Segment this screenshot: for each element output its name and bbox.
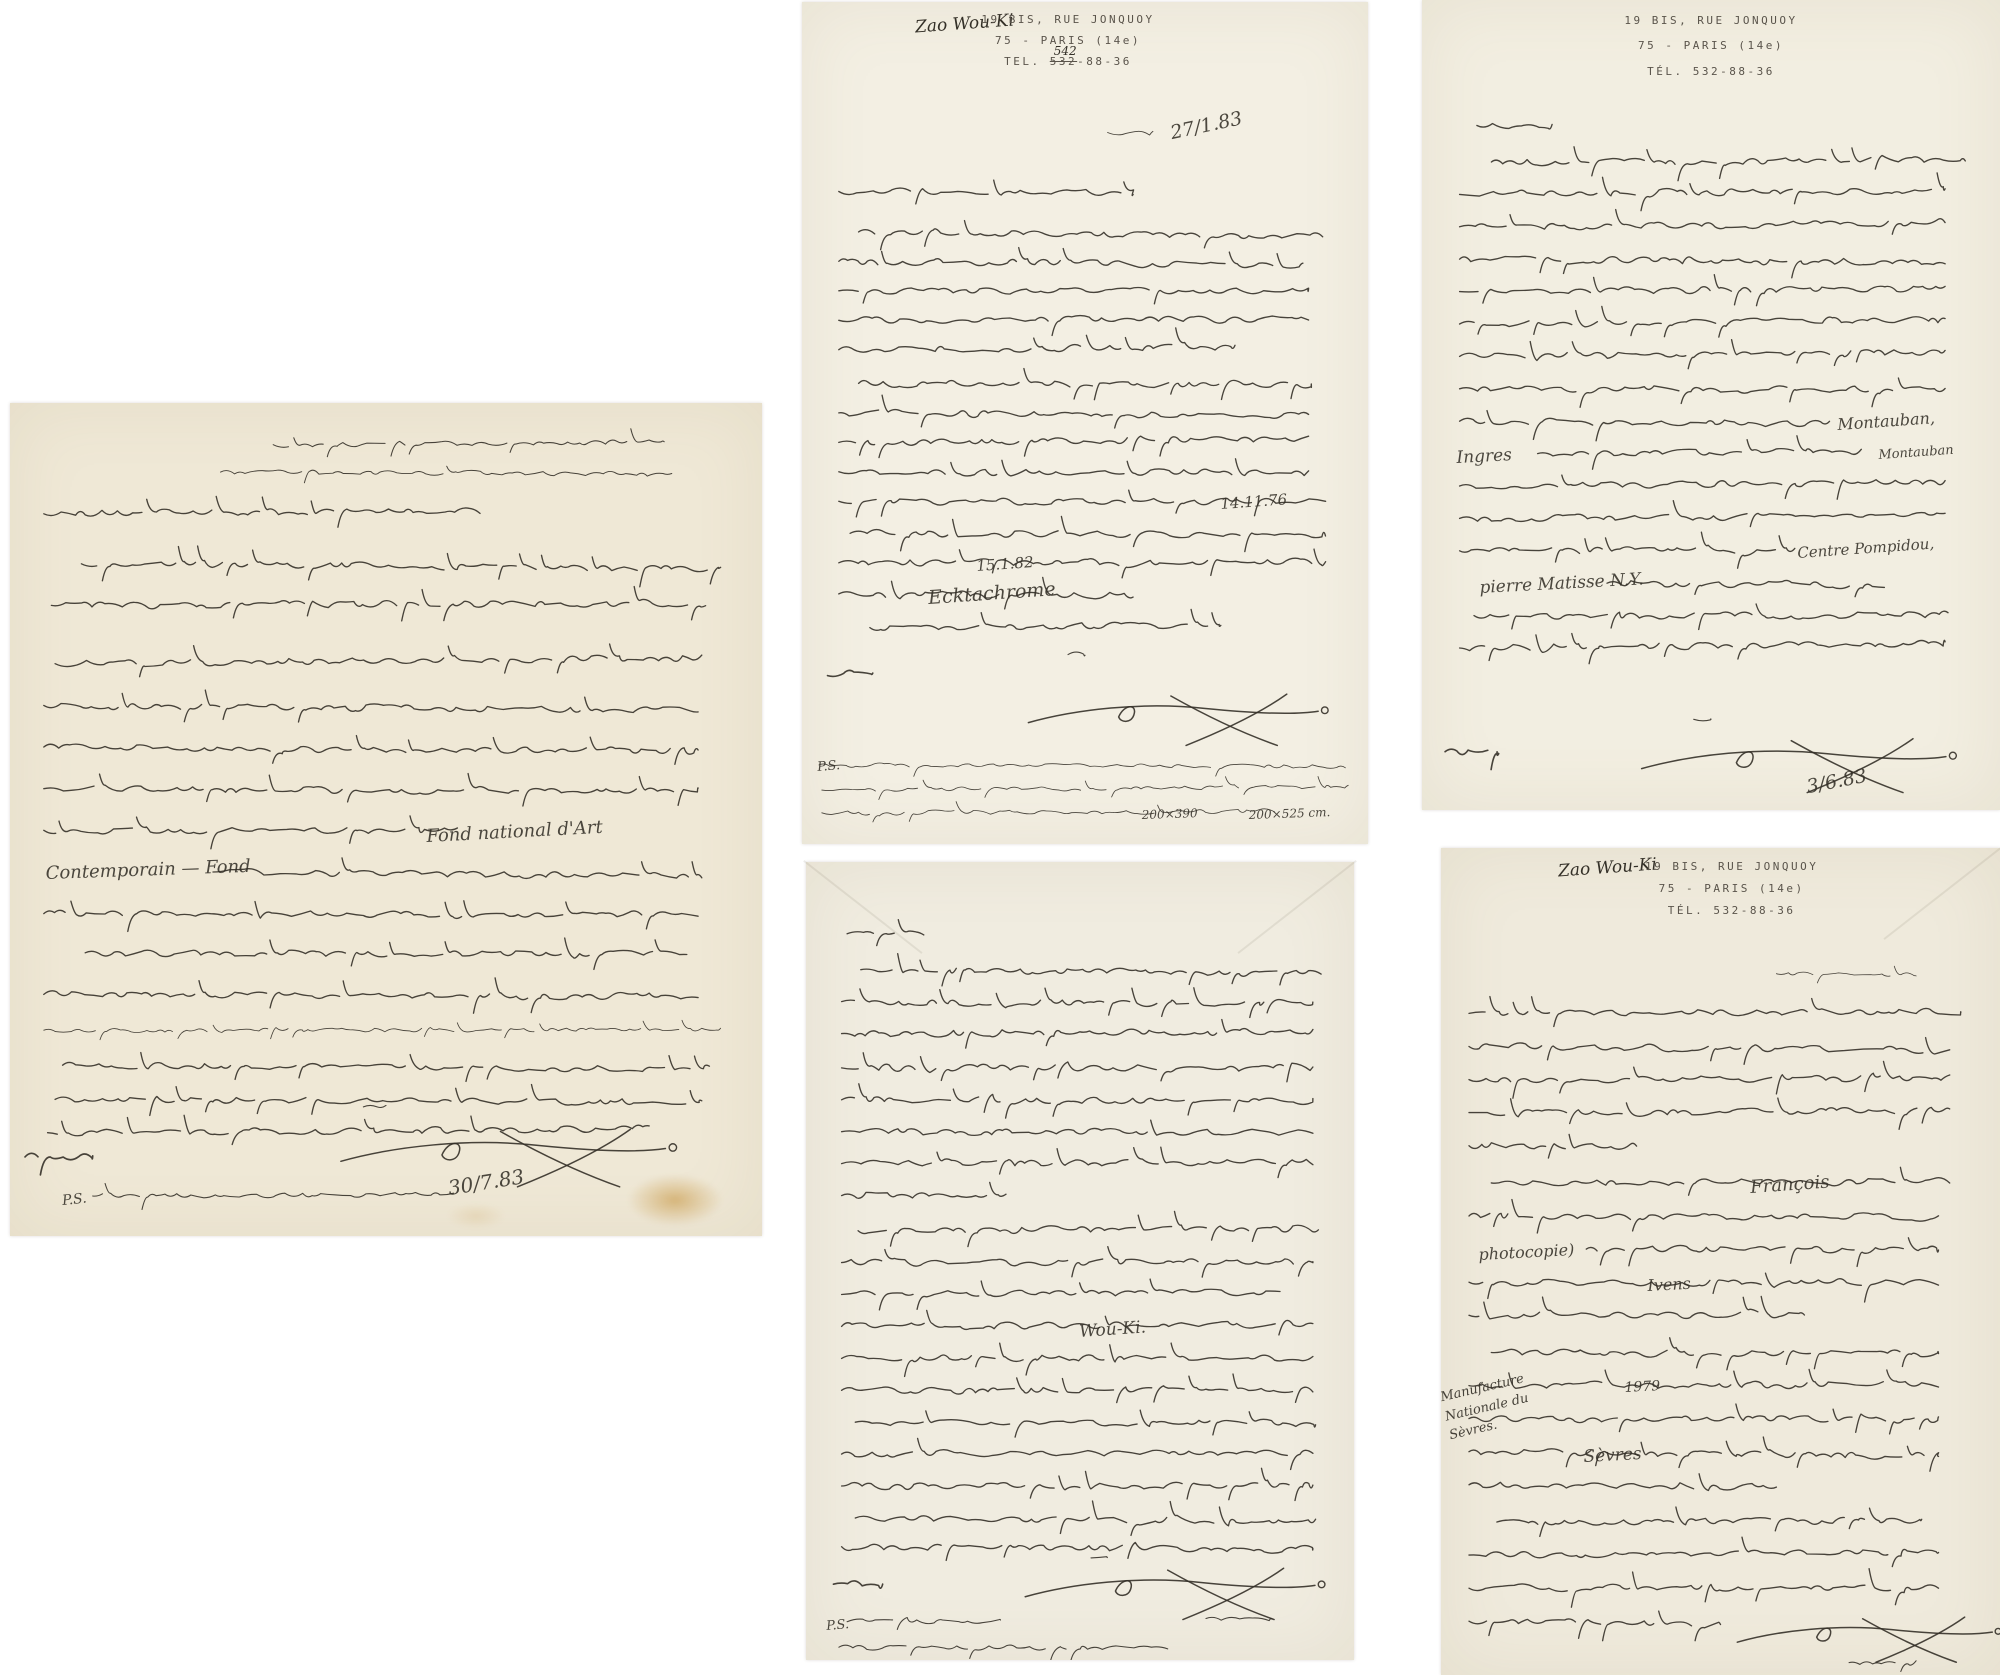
handwritten-line: 辛苦真是可佩。	[1469, 1134, 1637, 1158]
handwritten-line: P.S. 弟是英国人的萧序天问题了	[93, 1184, 454, 1210]
handwritten-line: 港和新加坡画展回到法国时 搞有四张画失	[1460, 501, 1946, 527]
handwritten-line: 国内常用的字題可以配合北京風味。	[839, 1645, 1168, 1660]
handwritten-line: 信我画的画是真誠，参考了解的，她如此为朋友	[1469, 1098, 1950, 1129]
handwritten-line: 不多写了 即颂 藝安	[1469, 1611, 1721, 1641]
handwritten-line: 无比了 我在1979年为文化部 要我为文化部设	[1469, 1369, 1939, 1388]
handwritten-line: Contemporain — Fond 专门收购的收藏画庫，由保管存放外面国	[213, 858, 702, 879]
handwritten-line: 藝祺	[833, 1581, 882, 1588]
signature-flourish	[1737, 1627, 1992, 1642]
signature-flourish	[1863, 1619, 1957, 1662]
handwritten-line: 家领事，有时借给在外国的大使館，如北京大使館和香港總	[44, 901, 698, 932]
handwritten-line: 如画展时印美術家目録时请您加印50本	[1474, 604, 1948, 630]
signature-flourish	[500, 1132, 619, 1187]
handwritten-line: 观光 可以增进中法画家之间的了解和友谊	[1469, 1200, 1939, 1234]
signature-flourish	[1115, 1581, 1131, 1596]
handwriting-layer: 蒙田兄，七月廿两封信四日收到。谢谢你的関心，画展 借打了九月间开幕確定日期，上海…	[806, 862, 1354, 1660]
handwritten-line: 在画展时的報委页来登 也可以代表目録用。郁風有	[1460, 210, 1946, 235]
handwritten-line: 藝祺	[25, 1153, 93, 1175]
letter-page-middle-top: Zao Wou-Ki 19 BIS, RUE JONQUOY 75 - PARI…	[802, 2, 1368, 844]
handwritten-line: （全我多少费用请告知 奉还不快，不多写了 即候	[1460, 634, 1946, 664]
signature-flourish	[1028, 706, 1318, 723]
signature: 無極 (Zao Wou-Ki) signature	[1025, 1568, 1325, 1619]
signature: 無極 (Zao Wou-Ki) signature	[341, 1129, 677, 1186]
handwritten-line: 展览时作为目錄用，不知的售价须要多少人民幣	[839, 436, 1309, 457]
handwritten-line: 七月廿两封信四日收到。谢谢你的関心，画展 借打了	[861, 954, 1321, 986]
handwritten-line: 至于美术丛刊中有32期郁風写来文章，请将	[859, 369, 1312, 400]
signature-flourish	[1168, 1570, 1274, 1619]
handwritten-line: 里白版是画可以抽去加印另外一张画（每回4田13天	[850, 516, 1325, 551]
handwritten-line: 再谢。（她帮这样这次都因你蒙中去迟，这画共美术双莫事，我笑老杭中国主教坊）	[44, 1020, 721, 1039]
signature-terminal-loop	[669, 1144, 676, 1151]
handwritten-line: 及利国下面再加印美术家协会，我常想凡以要求任何人	[842, 1247, 1313, 1277]
signature-flourish	[518, 1129, 631, 1186]
letter-page-left: 最好东京来的画也年代排（前）入目錄中如10.20 可變成 10.10 後面加上东…	[10, 403, 762, 1236]
handwritten-line: 第十一页上，「这瓷器饭店设计多么」开	[1491, 1338, 1938, 1370]
handwritten-line: 对于遊览这条事4月2日北京再说，因伊文思、鬍子们都在黄山	[63, 1053, 710, 1082]
paper-stain	[627, 1174, 723, 1226]
handwritten-line: 藝祺	[1445, 749, 1499, 769]
handwritten-line: 收到文化部的信邀请 François 同我回国	[1491, 1167, 1949, 1195]
handwritten-line: 美術家32期收到，香艳達23页之多 加上郁風文章，	[1491, 147, 1965, 181]
handwritten-line: 我这次画展 给您老兄许多麻烦 真是抱歉，见面	[44, 978, 698, 1013]
handwritten-line: 蒙田兄，七月廿五来信三十号收到，也真快。	[44, 496, 480, 527]
signature-flourish	[1736, 752, 1753, 767]
signature-terminal-loop	[1949, 752, 1956, 759]
handwritten-line: 蒙田兄，	[847, 920, 924, 946]
handwritten-line: 一本，因国内的购买能力差，不能卖得贵。大概印	[839, 459, 1309, 476]
handwriting-layer: 最好东京来的画也年代排（前）入目錄中如10.20 可變成 10.10 後面加上东…	[10, 403, 762, 1236]
handwritten-line: 在北京画展，还述郁風和苗子以热心支持已正	[859, 221, 1323, 250]
handwritten-line: 七月廿中午信决定大16开共16面。开度，我想信是好了	[855, 1501, 1315, 1535]
letter-page-right-bottom: Zao Wou-Ki 19 BIS, RUE JONQUOY 75 - PARI…	[1441, 848, 2000, 1675]
handwritten-line: 这样画，可能引起国内年青画家的斗争。	[839, 328, 1235, 352]
handwritten-line: 踪，现正由警局调查中（其中有一张属 Centre Pompidou，	[1460, 532, 1795, 568]
handwritten-line: 弟	[1694, 719, 1711, 721]
handwritten-line: 我的看法很低这份工作，苗子和郁風的热心我觉	[842, 1147, 1313, 1177]
handwritten-line: 蒙田兄.	[1477, 124, 1552, 129]
handwritten-line: 郁風有意她是印永，谢谢她的意见。不多写了 即候	[842, 1543, 1313, 1561]
handwritten-line: 七月廿。	[1206, 1617, 1272, 1620]
signature-flourish	[442, 1143, 460, 1159]
handwritten-line: 等收藏，因画廊有些为惜但因印刷等了收藏发印永留画	[44, 690, 698, 722]
handwritten-line: 因为展品目錄，已有法国画廊及东京刊登事，使用不用	[55, 644, 702, 677]
handwritten-line: （1.5—1小时）同时开工 在郁風稿上	[1469, 1296, 1804, 1319]
signature-terminal-loop	[1318, 1581, 1325, 1588]
handwritten-line: 专用 一套送（给我私人用）	[1469, 1474, 1776, 1491]
handwritten-line: 至于立画作，中国美术家协会但必须申报起 这价等道	[855, 1410, 1315, 1437]
handwritten-line: 有重覆，15页日 15.1.82 将在国内展出，顏色不準	[839, 549, 1326, 578]
handwriting-layer: Paris蒙田兄．久未通信，念々。在北京画展，还述郁風和苗子以热心支持已正式去信…	[802, 2, 1368, 844]
signature: 無極 (Zao Wou-Ki) signature	[1028, 694, 1328, 745]
handwritten-line: 因为你提起的封面的设计很好（第二面用起画展	[858, 1211, 1318, 1246]
handwritten-line: 弟	[1068, 652, 1085, 656]
handwritten-line: Paris	[1108, 131, 1153, 135]
handwritten-line: 简要中有这画可印成单行本在北京等地参加	[839, 395, 1309, 428]
handwritten-line: 不能多写。你这条时旅能选一页。不多写了 即候	[48, 1115, 650, 1144]
signature-flourish	[1119, 707, 1135, 722]
handwritten-line: 得有我的打退堂鼓。	[842, 1182, 1006, 1198]
handwritten-line: 弟	[363, 1105, 386, 1107]
handwritten-line: 6月22日	[1849, 1661, 1916, 1672]
handwritten-line: 信来 美協有意参加画展 分此 希望我九月为文化	[1460, 256, 1946, 278]
handwritten-line: 美術丛刊加印郁風文章及插图为画展用，	[1469, 1537, 1939, 1566]
signature-flourish	[1642, 751, 1946, 769]
letter-page-right-top: 19 BIS, RUE JONQUOY 75 - PARIS (14e) TÉL…	[1422, 0, 2000, 810]
handwritten-line: 至于法国国家现代艺术收藏部 原文是 Fond national d'Art	[44, 816, 458, 849]
handwritten-line: 不多写了 请覆信，并问候 即颂	[870, 609, 1221, 630]
paper-stain-small	[446, 1203, 506, 1229]
handwriting-layer: 无极如何？蒙田兄．以後请别再稱我先生，谢之。聽来郁風稿子甚精到真是花了她好多心血…	[1441, 848, 2000, 1675]
handwritten-line: 是由法国中国大使館2幅借还的）我也很明白，像我	[839, 316, 1309, 336]
signature-terminal-loop	[1995, 1628, 2000, 1634]
signature-flourish	[1807, 739, 1913, 793]
handwritten-line: 1983有二张，中挺2张三拼画，一张二拼画达 200×390 和 200×525…	[822, 802, 1275, 822]
handwritten-line: 无极如何？	[1776, 966, 1916, 983]
signature: 無極 (Zao Wou-Ki) signature	[1737, 1617, 2000, 1662]
handwritten-line: 同画様一次。我的姓名是 Wou-Ki.（画展展品已在上）	[842, 1310, 1313, 1335]
handwritten-line: 有9张为1935-36，一张1946，一张50、51小画，最後1954到80印有…	[822, 777, 1348, 800]
handwritten-line: 才抵北京，所以请他们改成16号一（国），不然恐怕已不清	[51, 587, 705, 621]
handwritten-line: 多少本？如信息上需要我，请告知为盼。14.11.76 13天	[839, 490, 1326, 517]
signature-flourish	[341, 1143, 666, 1162]
handwritten-line: 计一套餐具（四种色拼的樣式）用在中国的国宴	[1469, 1404, 1939, 1434]
handwritten-line: 在九月间主办（难道有上海、廣东展）我所有的画都已	[1460, 378, 1946, 407]
handwritten-line: 一张属 pierre Matisse N.Y. 画廊正是（愁）麻煩）	[1607, 580, 1884, 596]
signature-terminal-loop	[1321, 707, 1328, 714]
handwritten-line: 館人说，这次画展他们不想宣傳，大概僅展十日	[842, 1053, 1313, 1082]
handwritten-line: 郁風稿子甚精到真是花了她好多心血，文章	[1469, 1038, 1950, 1065]
signature-flourish	[1183, 1568, 1284, 1619]
handwritten-line: 弟	[1091, 1557, 1107, 1558]
handwritten-line: 借设筹展览十日，上海、廣东还无计劃，（据田说	[839, 287, 1309, 303]
signature-flourish	[1186, 694, 1287, 745]
handwritten-line: P.S. 画展共27张油画，十张水墨画，（八张从东京富士电视画廊借来）其中	[819, 763, 1345, 776]
handwritten-line: 是六月4日起到十月底止，不能两边用）我昨，香	[1460, 475, 1946, 499]
signature-flourish	[1791, 741, 1903, 793]
handwritten-line: 共27件油画14张由巴黎寄去，另八张由东京富士电视画廊	[842, 1343, 1313, 1376]
handwritten-line: 是否需要 Ecktachrome 参改改正？）	[839, 577, 1133, 609]
handwritten-line: 又親切又清楚，苦心的的人民说教，要人来相	[1469, 1061, 1950, 1098]
handwritten-line: 画展原订九月十五日起開展，我因七月十四起民航十五日	[81, 546, 720, 587]
signature-flourish	[1817, 1628, 1831, 1641]
handwritten-line: Ingres 博物館的画展（他们借的）笛价格因 Montauban	[1538, 436, 1862, 469]
handwritten-line: 領事館（我是喂……利好城市博物館）我的作品也曾借过这机因借去。	[85, 938, 687, 969]
handwritten-line: 式去信修谢，据人说，因的对此画展不想赞赏	[839, 248, 1303, 269]
handwritten-line: 拍片，他在北京等我，见了面再来去，目前我时间又少	[55, 1085, 702, 1116]
handwritten-line: 审查，他如能告诉我，此召可要请郁風再	[842, 1279, 1280, 1310]
letter-page-middle-bottom: 蒙田兄，七月廿两封信四日收到。谢谢你的関心，画展 借打了九月间开幕確定日期，上海…	[806, 862, 1354, 1660]
handwritten-line: 法国是 Sèvres 瓷器厂 共制造三套 一套由文化部	[1469, 1437, 1939, 1471]
handwritten-line: 是由中宣部艺术处、北京市美术部审核，文化部对外交流及	[842, 1438, 1313, 1469]
handwritten-line: 都等如下：法国画廊，巴黎，和富士电视画廊，東京	[44, 774, 698, 806]
handwritten-line: 如果九月画展开到成功，我希望老兄的	[1497, 1507, 1922, 1536]
scan-canvas: 最好东京来的画也年代排（前）入目錄中如10.20 可變成 10.10 後面加上东…	[0, 0, 2000, 1675]
handwriting-layer: 蒙田兄.美術家32期收到，香艳達23页之多 加上郁風文章，甚是精彩除13页图在2…	[1422, 0, 2000, 810]
handwritten-line: 蒙田兄．以後请别再稱我先生，谢之。聽来	[1469, 997, 1961, 1027]
handwritten-line: 寄北京，另外十张水墨画从1948至1983年（六由邮寄）	[842, 1374, 1313, 1403]
handwritten-line: （附 photocopie）我希望真诚的画展可以在九、十月间在	[1586, 1238, 1938, 1267]
handwritten-line: 也不準備在九月以後有画展在中国 如果他们不决定	[1460, 340, 1946, 369]
signature-flourish	[1876, 1617, 1965, 1662]
handwritten-line: 左右，我想他们被勢所偪的，不能不说出来，因为	[842, 1084, 1313, 1118]
handwritten-line: 用费使我的价钱去做，因为国内是好目錄，普通人	[1469, 1569, 1939, 1608]
handwritten-line: 因我画展已排在1983年秋 不能改变时期因为我	[1460, 306, 1946, 337]
signature: 無極 (Zao Wou-Ki) signature	[1642, 739, 1957, 793]
handwritten-line: 部邀请访華时再谈，我只打了一个电报给郁風，	[1460, 275, 1946, 306]
handwritten-line: P.S. 封面字題请用	[847, 1618, 1000, 1630]
handwritten-line: 法国大使館文化处（郁風比较清楚）去画他们也送展不用	[842, 1468, 1313, 1500]
handwritten-line: 10.20 可變成 10.10 後面加上东京富士电视画廊印好	[221, 466, 672, 483]
handwritten-line: 甚是精彩除13页图在27页上有黑白的重覆，将来如	[1460, 173, 1946, 211]
handwritten-line: 们化这么多钱并不想真心去做，真是可惜，据此地大使	[842, 1020, 1313, 1049]
handwritten-line: 最好东京来的画也年代排（前）入目錄中如	[273, 429, 664, 457]
handwritten-line: 北京开幕展出，因 Ivens 希望为我拍摄一张电影	[1469, 1273, 1939, 1302]
handwritten-line: 九月间开幕確定日期，上海、廣东画展尚未决定，我觉得他	[842, 988, 1313, 1018]
handwritten-line: 藝祺	[828, 670, 873, 676]
handwritten-line: 廊，美术情时开幕如此，有人買，他要賣完以普通画廊	[44, 736, 698, 765]
signature-flourish	[1171, 696, 1277, 745]
handwritten-line: 在巴黎时期批用，我国各地方的画展在 Montauban，	[1460, 411, 1830, 441]
handwritten-line: 蒙田兄．久未通信，念々。	[839, 180, 1134, 204]
signature-flourish	[1025, 1580, 1315, 1597]
handwritten-line: 他们请我，我不能拒绝，对于改变国内的年青画家	[842, 1120, 1313, 1135]
